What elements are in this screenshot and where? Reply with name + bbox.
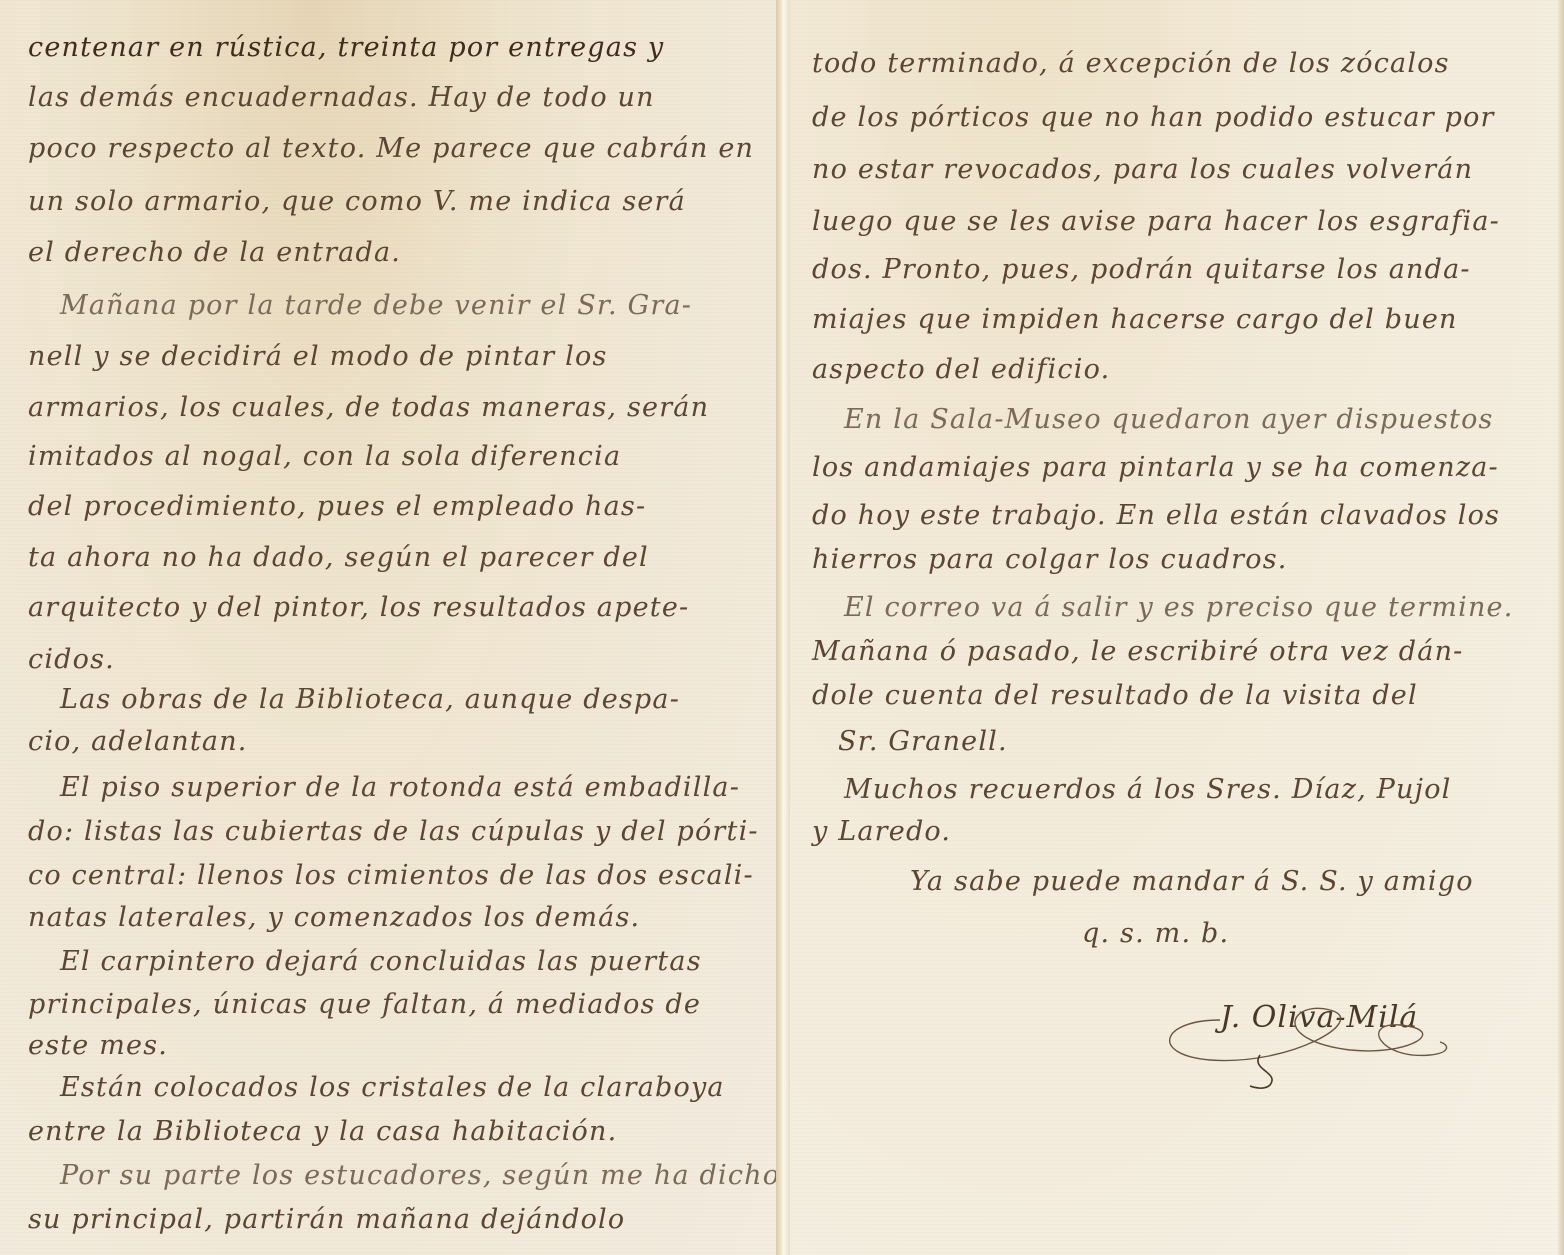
text-line: Ya sabe puede mandar á S. S. y amigo (910, 862, 1474, 902)
text-line: arquitecto y del pintor, los resultados … (28, 588, 689, 628)
text-line: Mañana ó pasado, le escribiré otra vez d… (812, 632, 1463, 672)
text-line: poco respecto al texto. Me parece que ca… (28, 129, 754, 169)
text-line: dole cuenta del resultado de la visita d… (812, 676, 1418, 716)
text-line: este mes. (28, 1026, 168, 1066)
text-line: co central: llenos los cimientos de las … (28, 856, 754, 896)
text-line: luego que se les avise para hacer los es… (812, 202, 1500, 242)
text-line: los andamiajes para pintarla y se ha com… (812, 448, 1499, 488)
text-line: El piso superior de la rotonda está emba… (60, 768, 740, 808)
text-line: armarios, los cuales, de todas maneras, … (28, 388, 709, 428)
text-line: El carpintero dejará concluidas las puer… (60, 942, 702, 982)
text-line: do: listas las cubiertas de las cúpulas … (28, 812, 759, 852)
text-line: natas laterales, y comenzados los demás. (28, 898, 640, 938)
text-line: aspecto del edificio. (812, 350, 1110, 390)
text-line: cio, adelantan. (28, 722, 248, 762)
text-line: Mañana por la tarde debe venir el Sr. Gr… (60, 286, 692, 326)
text-line: del procedimiento, pues el empleado has- (28, 487, 646, 527)
text-line: En la Sala-Museo quedaron ayer dispuesto… (844, 400, 1494, 440)
text-line: hierros para colgar los cuadros. (812, 540, 1288, 580)
text-line: nell y se decidirá el modo de pintar los (28, 337, 608, 377)
letter-spread: centenar en rústica, treinta por entrega… (0, 0, 1564, 1255)
text-line: miajes que impiden hacerse cargo del bue… (812, 300, 1458, 340)
text-line: cidos. (28, 640, 115, 680)
paper-edge (1558, 0, 1564, 1255)
text-line: de los pórticos que no han podido estuca… (812, 98, 1495, 138)
text-line: ta ahora no ha dado, según el parecer de… (28, 538, 649, 578)
text-line: el derecho de la entrada. (28, 233, 401, 273)
text-line: do hoy este trabajo. En ella están clava… (812, 496, 1500, 536)
text-line: Las obras de la Biblioteca, aunque despa… (60, 680, 680, 720)
text-line: Por su parte los estucadores, según me h… (60, 1156, 780, 1196)
text-line: El correo va á salir y es preciso que te… (844, 588, 1514, 628)
text-line: y Laredo. (812, 812, 951, 852)
text-line: entre la Biblioteca y la casa habitación… (28, 1112, 617, 1152)
text-line: centenar en rústica, treinta por entrega… (28, 28, 664, 68)
page-fold (776, 0, 790, 1255)
text-line: todo terminado, á excepción de los zócal… (812, 44, 1450, 84)
text-line: principales, únicas que faltan, á mediad… (28, 985, 701, 1025)
text-line: Muchos recuerdos á los Sres. Díaz, Pujol (844, 770, 1452, 810)
text-line: un solo armario, que como V. me indica s… (28, 182, 686, 222)
signature-flourish-icon (1150, 1000, 1470, 1090)
text-line: Sr. Granell. (838, 722, 1008, 762)
text-line: Están colocados los cristales de la clar… (60, 1068, 725, 1108)
text-line: q. s. m. b. (1082, 914, 1229, 954)
text-line: imitados al nogal, con la sola diferenci… (28, 437, 621, 477)
text-line: dos. Pronto, pues, podrán quitarse los a… (812, 250, 1471, 290)
text-line: su principal, partirán mañana dejándolo (28, 1200, 625, 1240)
left-page: centenar en rústica, treinta por entrega… (0, 0, 782, 1255)
text-line: las demás encuadernadas. Hay de todo un (28, 78, 655, 118)
text-line: no estar revocados, para los cuales volv… (812, 150, 1473, 190)
